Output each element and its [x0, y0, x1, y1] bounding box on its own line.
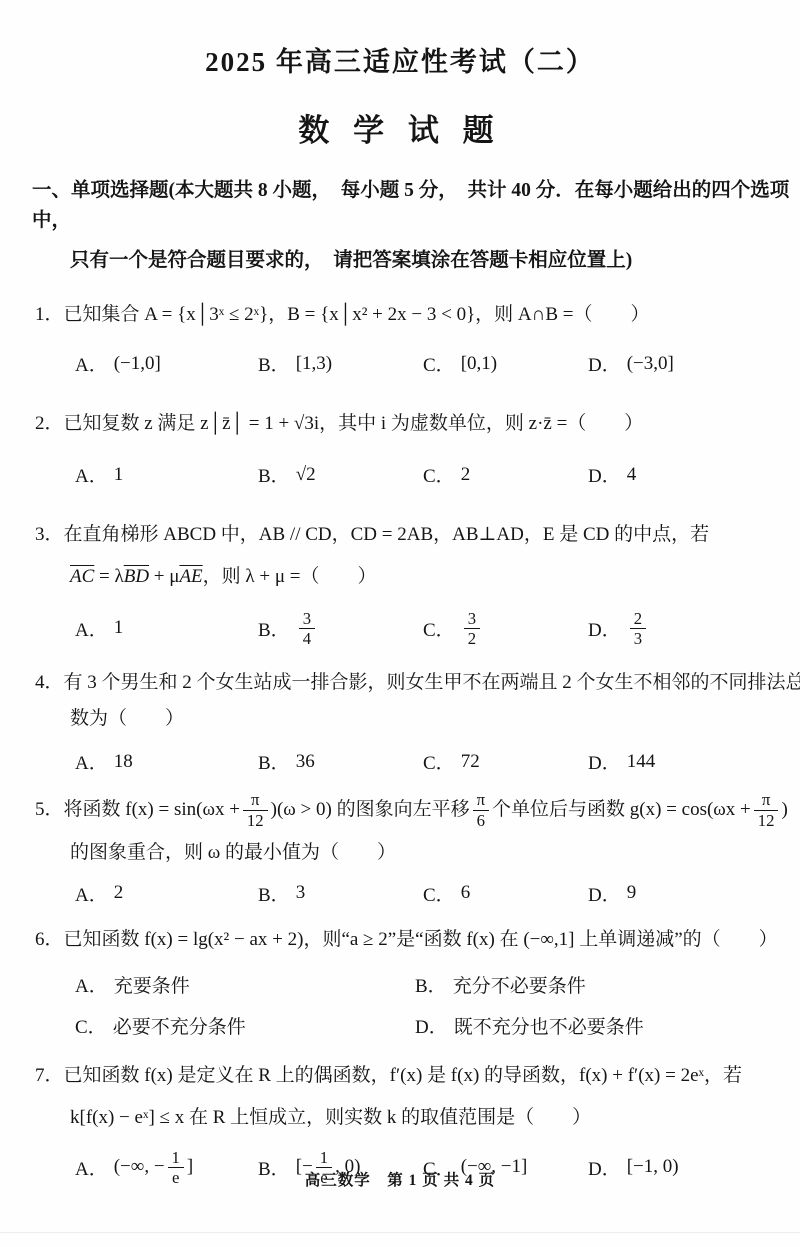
question-2-stem: 2．已知复数 z 满足 z│z̄│ = 1 + √3i，其中 i 为虚数单位，则…	[0, 409, 800, 439]
question-3-option-b: B．34	[258, 608, 423, 648]
question-4-option-d: D．144	[588, 748, 800, 775]
question-3-option-d: D．23	[588, 608, 800, 648]
question-5-option-c: C．6	[423, 880, 588, 907]
question-4-stem-line1: 4．有 3 个男生和 2 个女生站成一排合影，则女生甲不在两端且 2 个女生不相…	[0, 668, 800, 698]
question-5-options: A．2 B．3 C．6 D．9	[0, 880, 800, 907]
vector-ac: AC	[70, 566, 94, 587]
question-5-option-b: B．3	[258, 880, 423, 907]
section-instructions-line2: 只有一个是符合题目要求的， 请把答案填涂在答题卡相应位置上)	[0, 246, 800, 276]
question-3-option-c: C．32	[423, 608, 588, 648]
question-4-option-b: B．36	[258, 748, 423, 775]
question-3-stem-line2: AC = λBD + μAE，则 λ + μ =（ ）	[0, 562, 800, 592]
question-1-option-a: A．(−1,0]	[75, 350, 258, 377]
question-5-stem-line1: 5．将函数 f(x) = sin(ωx + π12)(ω > 0) 的图象向左平…	[0, 789, 800, 829]
fraction: 23	[630, 609, 646, 648]
question-6-option-a: A．充要条件	[75, 971, 415, 998]
question-2-option-b: B．√2	[258, 461, 423, 488]
question-2-option-a: A．1	[75, 461, 258, 488]
question-1-options: A．(−1,0] B．[1,3) C．[0,1) D．(−3,0]	[0, 350, 800, 377]
fraction: π6	[473, 790, 489, 829]
question-5-stem-line2: 的图象重合，则 ω 的最小值为（ ）	[0, 838, 800, 868]
question-4-option-a: A．18	[75, 748, 258, 775]
question-3: 3．在直角梯形 ABCD 中，AB // CD，CD = 2AB，AB⊥AD，E…	[0, 520, 800, 648]
question-2-options: A．1 B．√2 C．2 D．4	[0, 461, 800, 488]
vector-bd: BD	[124, 566, 149, 587]
question-1-option-d: D．(−3,0]	[588, 350, 800, 377]
section-instructions: 一、单项选择题(本大题共 8 小题， 每小题 5 分， 共计 40 分．在每小题…	[0, 176, 800, 276]
page-footer: 高三数学 第 1 页 共 4 页	[0, 1168, 800, 1190]
question-5: 5．将函数 f(x) = sin(ωx + π12)(ω > 0) 的图象向左平…	[0, 789, 800, 906]
question-3-options: A．1 B．34 C．32 D．23	[0, 608, 800, 648]
fraction: 34	[299, 609, 315, 648]
exam-paper-page: 2025 年高三适应性考试（二） 数 学 试 题 一、单项选择题(本大题共 8 …	[0, 0, 800, 1247]
question-6-options-row1: A．充要条件 B．充分不必要条件	[0, 971, 800, 998]
page-subtitle: 数 学 试 题	[0, 105, 800, 150]
question-4-stem-line2: 数为（ ）	[0, 704, 800, 734]
fraction: π12	[754, 790, 779, 829]
scan-edge-line	[0, 1232, 800, 1233]
vector-ae: AE	[179, 566, 202, 587]
question-5-option-d: D．9	[588, 880, 800, 907]
question-6-option-b: B．充分不必要条件	[415, 971, 800, 998]
question-1-stem: 1．已知集合 A = {x│3ˣ ≤ 2ˣ}，B = {x│x² + 2x − …	[0, 300, 800, 330]
fraction: 32	[464, 609, 480, 648]
question-1-option-c: C．[0,1)	[423, 350, 588, 377]
page-title: 2025 年高三适应性考试（二）	[0, 40, 800, 79]
question-7-stem-line1: 7．已知函数 f(x) 是定义在 R 上的偶函数，f′(x) 是 f(x) 的导…	[0, 1061, 800, 1091]
question-4-option-c: C．72	[423, 748, 588, 775]
question-6-option-c: C．必要不充分条件	[75, 1012, 415, 1039]
question-2: 2．已知复数 z 满足 z│z̄│ = 1 + √3i，其中 i 为虚数单位，则…	[0, 409, 800, 488]
question-6-option-d: D．既不充分也不必要条件	[415, 1012, 800, 1039]
question-6-options-row2: C．必要不充分条件 D．既不充分也不必要条件	[0, 1012, 800, 1039]
question-6: 6．已知函数 f(x) = lg(x² − ax + 2)，则“a ≥ 2”是“…	[0, 925, 800, 1039]
question-5-option-a: A．2	[75, 880, 258, 907]
section-instructions-line1: 一、单项选择题(本大题共 8 小题， 每小题 5 分， 共计 40 分．在每小题…	[0, 176, 800, 236]
question-4-options: A．18 B．36 C．72 D．144	[0, 748, 800, 775]
question-1: 1．已知集合 A = {x│3ˣ ≤ 2ˣ}，B = {x│x² + 2x − …	[0, 300, 800, 377]
question-3-option-a: A．1	[75, 615, 258, 642]
question-3-stem-line1: 3．在直角梯形 ABCD 中，AB // CD，CD = 2AB，AB⊥AD，E…	[0, 520, 800, 550]
fraction: π12	[243, 790, 268, 829]
question-4: 4．有 3 个男生和 2 个女生站成一排合影，则女生甲不在两端且 2 个女生不相…	[0, 668, 800, 775]
question-1-option-b: B．[1,3)	[258, 350, 423, 377]
question-2-option-d: D．4	[588, 461, 800, 488]
question-2-option-c: C．2	[423, 461, 588, 488]
question-7-stem-line2: k[f(x) − eˣ] ≤ x 在 R 上恒成立，则实数 k 的取值范围是（ …	[0, 1103, 800, 1133]
question-6-stem: 6．已知函数 f(x) = lg(x² − ax + 2)，则“a ≥ 2”是“…	[0, 925, 800, 955]
